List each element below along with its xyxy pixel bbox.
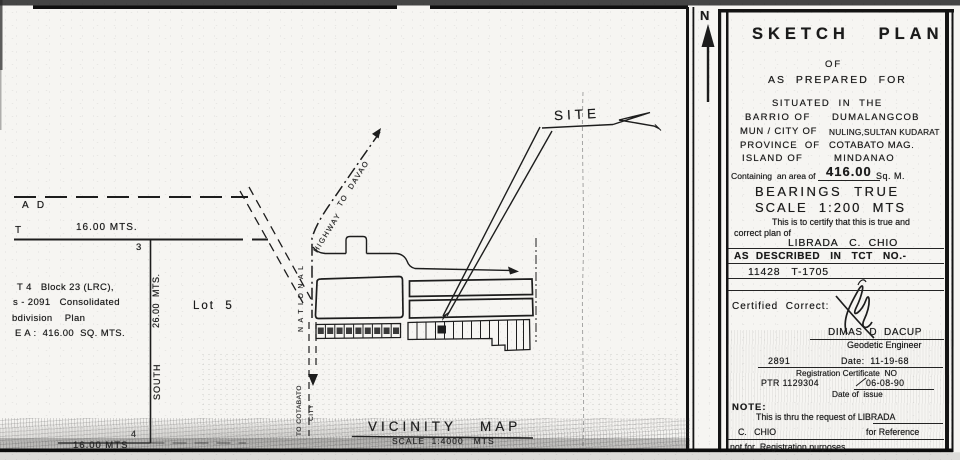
- certify-line2: correct plan of: [734, 229, 791, 238]
- date-of-issue: Date of issue: [832, 390, 883, 398]
- tct-number: 11428 T-1705: [748, 267, 829, 278]
- south-label: SOUTH: [153, 364, 162, 401]
- site-label: SITE: [554, 107, 601, 123]
- title-block: SKETCH PLAN OF AS PREPARED FOR SITUATED …: [728, 12, 946, 452]
- site-lot-mark: [438, 326, 447, 334]
- described-in-tct: AS DESCRIBED IN TCT NO.-: [734, 252, 907, 262]
- owner-name: LIBRADA C. CHIO: [788, 238, 898, 249]
- north-arrow-icon: [702, 24, 715, 102]
- barrio-label: BARRIO OF: [745, 113, 811, 123]
- dim-16-label: 16.00 MTS.: [76, 223, 138, 233]
- corner-point-4: 4: [131, 430, 136, 439]
- registration-number: 2891: [768, 357, 790, 366]
- situated-in: SITUATED IN THE: [772, 99, 883, 109]
- corner-point-3: 3: [136, 243, 141, 253]
- note-line3: not for Registration purposes: [730, 443, 845, 452]
- scale-1-200: SCALE 1:200 MTS: [755, 201, 906, 214]
- area-suffix: Sq. M.: [876, 172, 905, 181]
- lot-desc-line2: s - 2091 Consolidated: [13, 298, 120, 308]
- dim-16-bottom-label: 16.00 MTS: [73, 441, 128, 451]
- title-of: OF: [825, 60, 842, 70]
- national-road-label: NATIONAL: [298, 262, 305, 333]
- rule-under-note2: [728, 439, 944, 440]
- to-cotabato-label: TO COTABATO: [297, 385, 304, 436]
- certified-correct: Certified Correct:: [732, 302, 829, 312]
- note-line2-left: C. CHIO: [738, 428, 776, 437]
- lot-desc-line3: bdivision Plan: [12, 314, 85, 324]
- scan-edge-left: [0, 0, 3, 70]
- rule-under-owner: [728, 248, 944, 249]
- north-label: N: [700, 9, 709, 22]
- mun-label: MUN / CITY OF: [740, 127, 817, 137]
- note-line1: This is thru the request of LIBRADA: [756, 413, 895, 422]
- rule-under-librada: [873, 423, 943, 424]
- scanned-sketch-plan-document: A D T 16.00 MTS. 3 26.00 MTS. SOUTH T 4 …: [0, 0, 960, 460]
- lot-strip-right: [408, 320, 530, 351]
- vicinity-map-title: VICINITY MAP: [368, 420, 521, 434]
- fold-crease: [582, 92, 583, 448]
- arrow-to-davao-icon: [372, 128, 381, 139]
- rule-under-described: [728, 263, 944, 264]
- cotabato-city-label: CITY: [309, 404, 316, 421]
- mun-value: NULING,SULTAN KUDARAT: [829, 128, 940, 136]
- area-prefix: Containing an area of: [731, 172, 816, 181]
- rule-under-tct: [728, 278, 944, 279]
- engineer-name: DIMAS D DACUP: [828, 328, 922, 338]
- island-value: MINDANAO: [834, 154, 895, 164]
- vicinity-map-scale: SCALE 1:4000 MTS: [392, 437, 495, 446]
- province-label: PROVINCE OF: [740, 141, 820, 151]
- island-label: ISLAND OF: [742, 154, 803, 164]
- street-arrow-icon: [508, 267, 519, 275]
- rule-blank: [728, 290, 944, 291]
- road-label: A D: [22, 201, 47, 211]
- national-highway-line: [308, 128, 381, 436]
- dim-26-label: 26.00 MTS.: [152, 273, 161, 328]
- sheet-title: SKETCH PLAN: [752, 26, 944, 43]
- lot-desc-line1: T 4 Block 23 (LRC),: [17, 283, 114, 293]
- prepared-for: AS PREPARED FOR: [768, 75, 907, 86]
- engineer-title: Geodetic Engineer: [847, 341, 922, 350]
- lot5-label: Lot 5: [193, 301, 234, 313]
- barrio-value: DUMALANGCOB: [832, 113, 920, 123]
- issue-date: 06-08-90: [866, 379, 904, 388]
- ptr-number: PTR 1129304: [761, 379, 819, 388]
- scan-edge-top: [0, 0, 960, 6]
- note-line2-right: for Reference: [866, 428, 919, 437]
- area-value: 416.00: [818, 165, 880, 181]
- certify-line1: This is to certify that this is true and: [772, 218, 910, 227]
- lot-desc-line4: E A : 416.00 SQ. MTS.: [15, 329, 125, 339]
- street-label-partial: T: [15, 226, 21, 236]
- bearings-true: BEARINGS TRUE: [755, 185, 900, 198]
- site-leader: [442, 113, 661, 322]
- province-value: COTABATO MAG.: [829, 141, 914, 151]
- registration-certificate: Registration Certificate NO: [796, 369, 897, 377]
- registration-date: Date: 11-19-68: [841, 357, 909, 366]
- lot-number-smudges: [318, 328, 399, 335]
